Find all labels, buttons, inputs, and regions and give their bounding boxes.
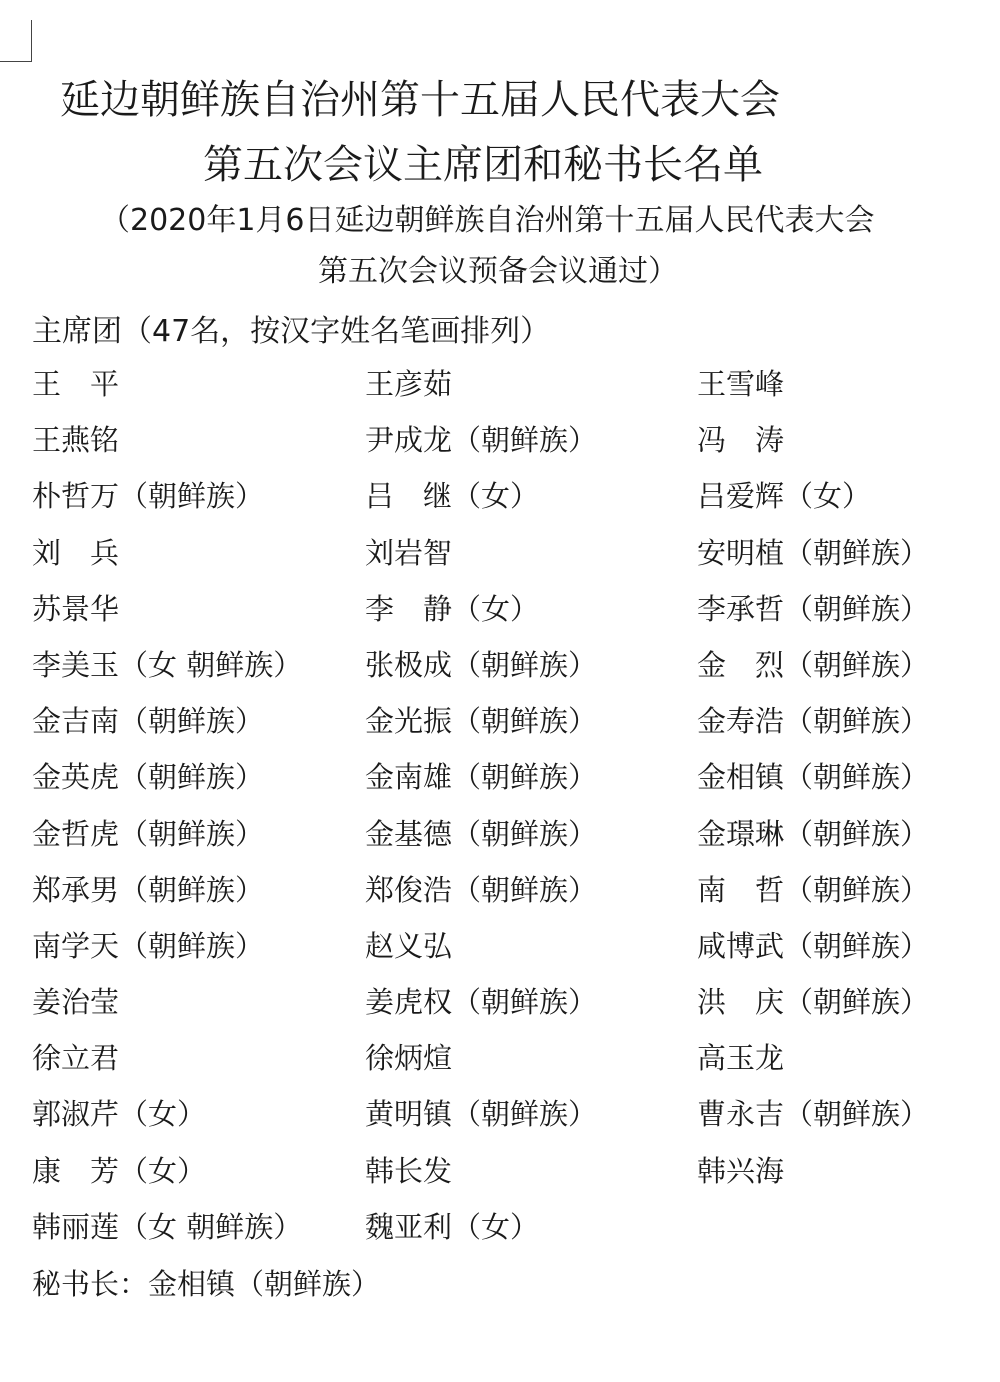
- name-row: 王燕铭 尹成龙（朝鲜族） 冯 涛: [32, 418, 992, 474]
- name-row: 康 芳（女） 韩长发 韩兴海: [32, 1149, 992, 1205]
- member-name: 高玉龙: [697, 1036, 784, 1077]
- member-name: 金吉南（朝鲜族）: [32, 699, 264, 740]
- member-name: 李 静（女）: [365, 587, 539, 628]
- member-name: 姜治莹: [32, 980, 119, 1021]
- member-name: 吕 继（女）: [365, 474, 539, 515]
- member-name: 金寿浩（朝鲜族）: [697, 699, 929, 740]
- name-row: 王 平 王彦茹 王雪峰: [32, 362, 992, 418]
- member-name: 苏景华: [32, 587, 119, 628]
- name-row: 南学天（朝鲜族） 赵义弘 咸博武（朝鲜族）: [32, 924, 992, 980]
- member-name: 李承哲（朝鲜族）: [697, 587, 929, 628]
- member-name: 洪 庆（朝鲜族）: [697, 980, 929, 1021]
- member-name: 韩丽莲（女 朝鲜族）: [32, 1205, 302, 1246]
- member-name: 郭淑芹（女）: [32, 1092, 206, 1133]
- member-name: 赵义弘: [365, 924, 452, 965]
- page-corner-mark: [0, 20, 32, 62]
- document-title-line-2: 第五次会议主席团和秘书长名单: [203, 133, 763, 190]
- member-name: 王雪峰: [697, 362, 784, 403]
- member-name: 王燕铭: [32, 418, 119, 459]
- member-name: 南 哲（朝鲜族）: [697, 868, 929, 909]
- member-name: 金相镇（朝鲜族）: [697, 755, 929, 796]
- document-subtitle-line-2: 第五次会议预备会议通过）: [318, 246, 678, 290]
- member-name: 李美玉（女 朝鲜族）: [32, 643, 302, 684]
- member-name: 刘 兵: [32, 531, 119, 572]
- name-row: 李美玉（女 朝鲜族） 张极成（朝鲜族） 金 烈（朝鲜族）: [32, 643, 992, 699]
- member-name: 刘岩智: [365, 531, 452, 572]
- member-name: 韩兴海: [697, 1149, 784, 1190]
- name-row: 郑承男（朝鲜族） 郑俊浩（朝鲜族） 南 哲（朝鲜族）: [32, 868, 992, 924]
- presidium-heading: 主席团（47名，按汉字姓名笔画排列）: [32, 306, 550, 350]
- name-row: 韩丽莲（女 朝鲜族） 魏亚利（女）: [32, 1205, 992, 1261]
- document-subtitle-line-1: （2020年1月6日延边朝鲜族自治州第十五届人民代表大会: [100, 195, 875, 239]
- member-name: 安明植（朝鲜族）: [697, 531, 929, 572]
- member-name: 金 烈（朝鲜族）: [697, 643, 929, 684]
- member-name: 郑承男（朝鲜族）: [32, 868, 264, 909]
- name-row: 郭淑芹（女） 黄明镇（朝鲜族） 曹永吉（朝鲜族）: [32, 1092, 992, 1148]
- name-row: 姜治莹 姜虎权（朝鲜族） 洪 庆（朝鲜族）: [32, 980, 992, 1036]
- member-name: 郑俊浩（朝鲜族）: [365, 868, 597, 909]
- member-name: 王 平: [32, 362, 119, 403]
- member-name: 康 芳（女）: [32, 1149, 206, 1190]
- name-row: 金英虎（朝鲜族） 金南雄（朝鲜族） 金相镇（朝鲜族）: [32, 755, 992, 811]
- member-name: 金璟琳（朝鲜族）: [697, 812, 929, 853]
- member-name: 金哲虎（朝鲜族）: [32, 812, 264, 853]
- presidium-name-list: 王 平 王彦茹 王雪峰 王燕铭 尹成龙（朝鲜族） 冯 涛 朴哲万（朝鲜族） 吕 …: [32, 362, 992, 1261]
- member-name: 金光振（朝鲜族）: [365, 699, 597, 740]
- member-name: 徐立君: [32, 1036, 119, 1077]
- member-name: 吕爱辉（女）: [697, 474, 871, 515]
- member-name: 咸博武（朝鲜族）: [697, 924, 929, 965]
- member-name: 金基德（朝鲜族）: [365, 812, 597, 853]
- member-name: 金南雄（朝鲜族）: [365, 755, 597, 796]
- member-name: 张极成（朝鲜族）: [365, 643, 597, 684]
- secretary-general-line: 秘书长：金相镇（朝鲜族）: [32, 1262, 380, 1303]
- name-row: 刘 兵 刘岩智 安明植（朝鲜族）: [32, 531, 992, 587]
- document-title-line-1: 延边朝鲜族自治州第十五届人民代表大会: [60, 68, 780, 125]
- member-name: 朴哲万（朝鲜族）: [32, 474, 264, 515]
- name-row: 金哲虎（朝鲜族） 金基德（朝鲜族） 金璟琳（朝鲜族）: [32, 812, 992, 868]
- name-row: 苏景华 李 静（女） 李承哲（朝鲜族）: [32, 587, 992, 643]
- name-row: 朴哲万（朝鲜族） 吕 继（女） 吕爱辉（女）: [32, 474, 992, 530]
- member-name: 徐炳煊: [365, 1036, 452, 1077]
- member-name: 冯 涛: [697, 418, 784, 459]
- member-name: 韩长发: [365, 1149, 452, 1190]
- name-row: 徐立君 徐炳煊 高玉龙: [32, 1036, 992, 1092]
- member-name: 姜虎权（朝鲜族）: [365, 980, 597, 1021]
- member-name: 尹成龙（朝鲜族）: [365, 418, 597, 459]
- member-name: 曹永吉（朝鲜族）: [697, 1092, 929, 1133]
- member-name: 黄明镇（朝鲜族）: [365, 1092, 597, 1133]
- member-name: 金英虎（朝鲜族）: [32, 755, 264, 796]
- member-name: 王彦茹: [365, 362, 452, 403]
- member-name: 魏亚利（女）: [365, 1205, 539, 1246]
- member-name: 南学天（朝鲜族）: [32, 924, 264, 965]
- name-row: 金吉南（朝鲜族） 金光振（朝鲜族） 金寿浩（朝鲜族）: [32, 699, 992, 755]
